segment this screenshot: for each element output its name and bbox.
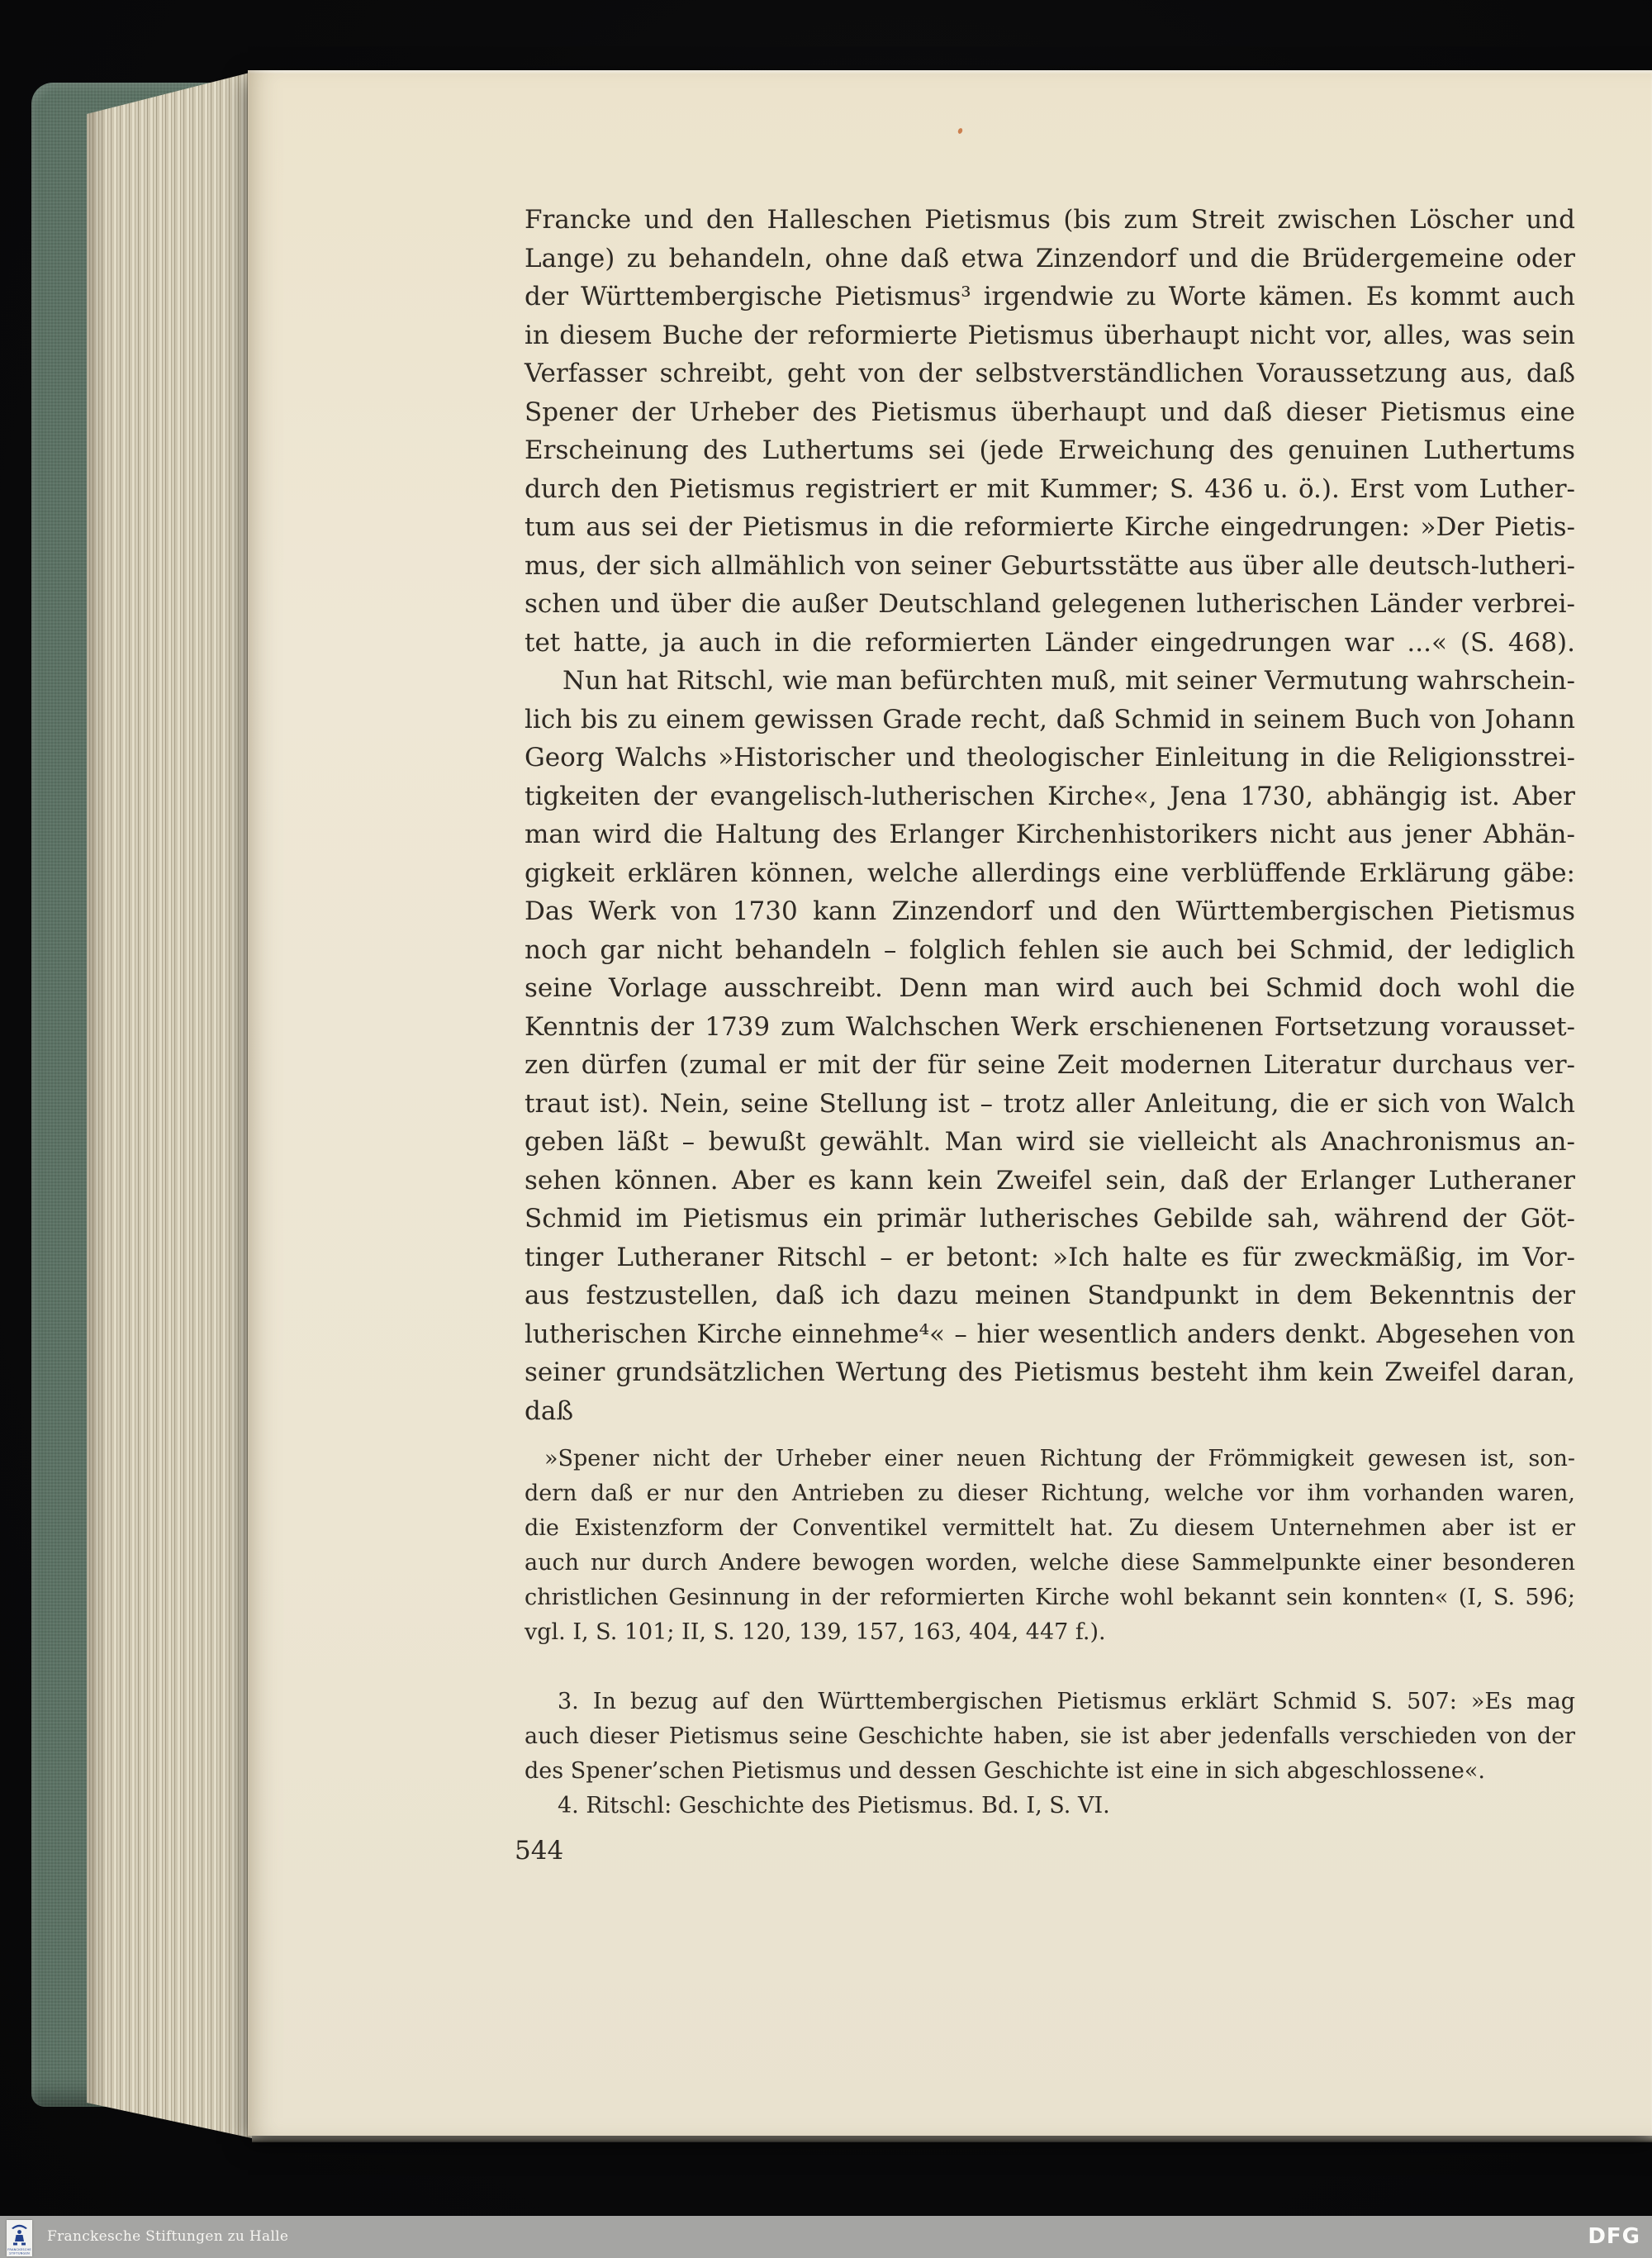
book-page: Francke und den Halleschen Pietismus (bi… [248,70,1652,2136]
text-line: tum aus sei der Pietismus in die reformi… [525,508,1575,547]
body-paragraph: Francke und den Halleschen Pietismus (bi… [525,201,1575,662]
text-line: tet hatte, ja auch in die reformierten L… [525,624,1575,663]
emblem-caption-line2: STIFTUNGEN [9,2252,30,2256]
text-line: Kenntnis der 1739 zum Walchschen Werk er… [525,1008,1575,1047]
text-line: der Württembergische Pietismus³ irgendwi… [525,278,1575,316]
text-line: durch den Pietismus registriert er mit K… [525,470,1575,509]
text-line: tinger Lutheraner Ritschl – er betont: »… [525,1238,1575,1277]
text-line: tigkeiten der evangelisch-lutherischen K… [525,777,1575,816]
text-line: mus, der sich allmählich von seiner Gebu… [525,547,1575,586]
text-line: die Existenzform der Conventikel vermitt… [525,1511,1575,1546]
footer-bar: FRANCKESCHE STIFTUNGEN Franckesche Stift… [0,2216,1652,2258]
text-line: seiner grundsätzlichen Wertung des Pieti… [525,1353,1575,1392]
text-line: lich bis zu einem gewissen Grade recht, … [525,701,1575,739]
text-line: Spener der Urheber des Pietismus überhau… [525,393,1575,432]
text-line: sehen können. Aber es kann kein Zweifel … [525,1162,1575,1200]
text-line: seine Vorlage ausschreibt. Denn man wird… [525,969,1575,1008]
text-line: Francke und den Halleschen Pietismus (bi… [525,201,1575,240]
text-line: dern daß er nur den Antrieben zu dieser … [525,1476,1575,1511]
page-text: Francke und den Halleschen Pietismus (bi… [525,201,1575,1823]
page-number: 544 [515,1836,563,1866]
text-line: Lange) zu behandeln, ohne daß etwa Zinze… [525,240,1575,278]
text-line: daß [525,1392,1575,1431]
dust-speck [957,127,963,134]
text-line: Verfasser schreibt, geht von der selbstv… [525,354,1575,393]
sheet-under-edge [252,2136,1652,2142]
text-line: gigkeit erklären können, welche allerdin… [525,854,1575,893]
franckesche-emblem-icon: FRANCKESCHE STIFTUNGEN [7,2220,32,2256]
quote-paragraph: »Spener nicht der Urheber einer neuen Ri… [525,1442,1575,1650]
text-line: in diesem Buche der reformierte Pietismu… [525,316,1575,355]
text-line: Erscheinung des Luthertums sei (jede Erw… [525,431,1575,470]
text-line: 3. In bezug auf den Württembergischen Pi… [525,1685,1575,1719]
text-line: man wird die Haltung des Erlanger Kirche… [525,815,1575,854]
scanned-book-photo: Francke und den Halleschen Pietismus (bi… [0,0,1652,2258]
text-line: auch nur durch Andere bewogen worden, we… [525,1546,1575,1581]
body-paragraph: Nun hat Ritschl, wie man befürchten muß,… [525,662,1575,1430]
text-line: Georg Walchs »Historischer und theologis… [525,739,1575,777]
text-line: lutherischen Kirche einnehme⁴« – hier we… [525,1315,1575,1354]
dfg-logo[interactable]: DFG [1588,2224,1640,2249]
page-edges [87,70,252,2140]
text-line: zen dürfen (zumal er mit der für seine Z… [525,1046,1575,1085]
emblem-caption-line1: FRANCKESCHE [7,2248,31,2251]
text-line: auch dieser Pietismus seine Geschichte h… [525,1719,1575,1754]
footer-institution-label: Franckesche Stiftungen zu Halle [47,2216,288,2258]
text-line: christlichen Gesinnung in der reformiert… [525,1581,1575,1615]
text-line: Das Werk von 1730 kann Zinzendorf und de… [525,892,1575,931]
text-line: noch gar nicht behandeln – folglich fehl… [525,931,1575,970]
text-line: vgl. I, S. 101; II, S. 120, 139, 157, 16… [525,1615,1575,1650]
text-line: Nun hat Ritschl, wie man befürchten muß,… [525,662,1575,701]
text-line: schen und über die außer Deutschland gel… [525,585,1575,624]
text-line: 4. Ritschl: Geschichte des Pietismus. Bd… [525,1789,1575,1823]
text-line: traut ist). Nein, seine Stellung ist – t… [525,1085,1575,1124]
footnote-paragraph: 4. Ritschl: Geschichte des Pietismus. Bd… [525,1789,1575,1823]
stiftungen-logo[interactable]: FRANCKESCHE STIFTUNGEN [7,2220,32,2256]
text-line: des Spener’schen Pietismus und dessen Ge… [525,1754,1575,1789]
footnote-paragraph: 3. In bezug auf den Württembergischen Pi… [525,1685,1575,1789]
text-line: aus festzustellen, daß ich dazu meinen S… [525,1276,1575,1315]
text-line: »Spener nicht der Urheber einer neuen Ri… [525,1442,1575,1476]
text-line: geben läßt – bewußt gewählt. Man wird si… [525,1123,1575,1162]
text-line: Schmid im Pietismus ein primär lutherisc… [525,1200,1575,1238]
